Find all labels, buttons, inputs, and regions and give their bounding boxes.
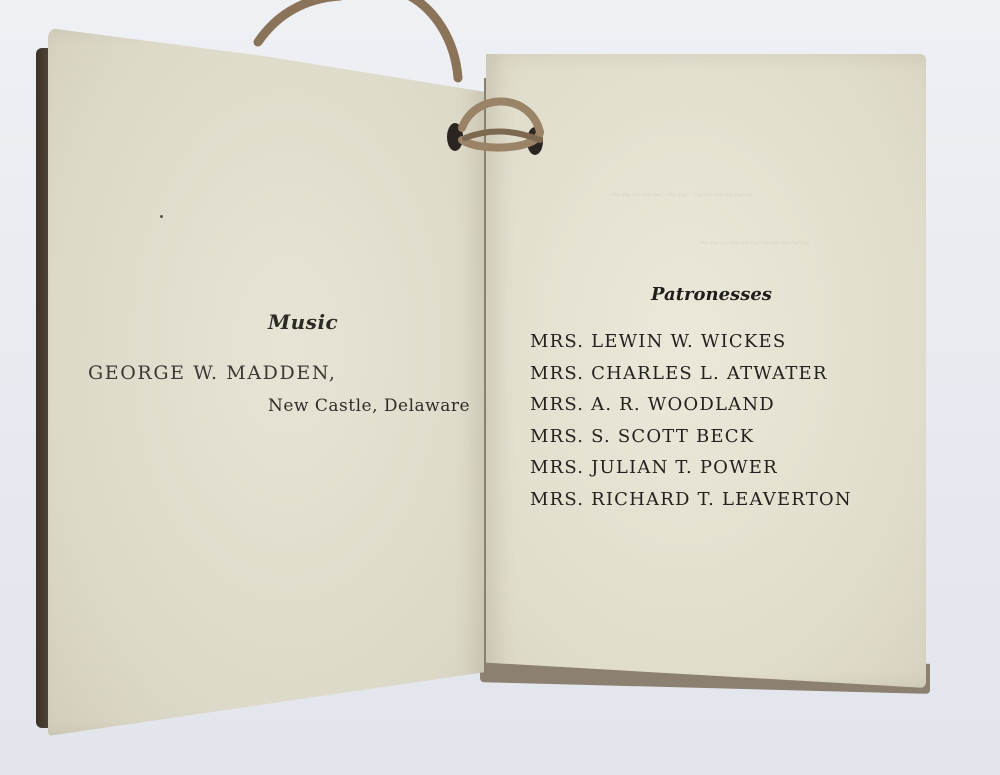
musician-location: New Castle, Delaware <box>268 396 470 416</box>
show-through-text: ~~~~~~~~~~~ <box>700 236 811 253</box>
show-through-text: ~~~~~ ~~ ~~~~~~ <box>612 188 755 205</box>
list-item: MRS. CHARLES L. ATWATER <box>530 363 852 395</box>
list-item: MRS. JULIAN T. POWER <box>530 457 852 489</box>
patronesses-list: MRS. LEWIN W. WICKES MRS. CHARLES L. ATW… <box>530 331 852 521</box>
photo-scene: ~~~~~ ~~ ~~~~~~ ~~~~~~~~~~~ Music GEORGE… <box>0 0 1000 775</box>
list-item: MRS. S. SCOTT BECK <box>530 426 852 458</box>
binding-cord-icon <box>240 0 570 170</box>
patronesses-heading: Patronesses <box>651 284 772 305</box>
music-heading: Music <box>268 310 338 334</box>
musician-name: GEORGE W. MADDEN, <box>88 362 336 384</box>
list-item: MRS. A. R. WOODLAND <box>530 394 852 426</box>
list-item: MRS. LEWIN W. WICKES <box>530 331 852 363</box>
list-item: MRS. RICHARD T. LEAVERTON <box>530 489 852 521</box>
paper-speck <box>160 215 163 218</box>
